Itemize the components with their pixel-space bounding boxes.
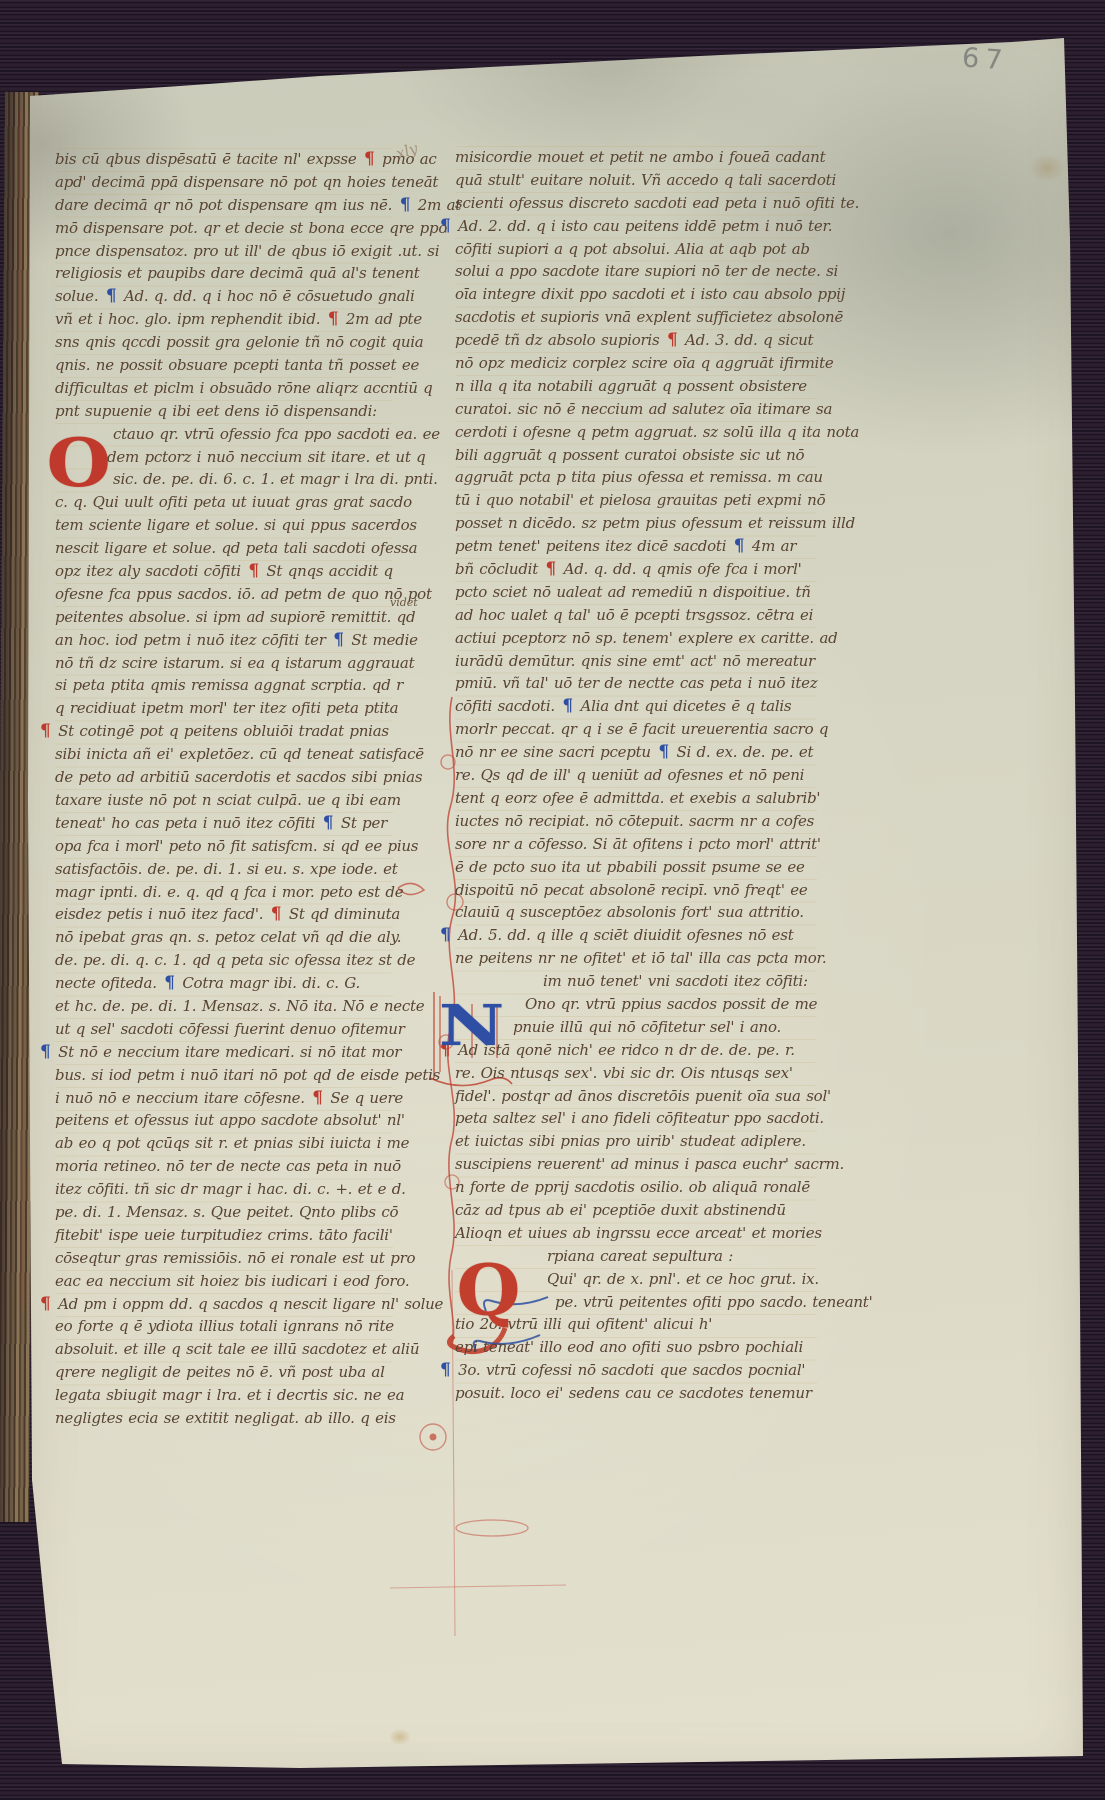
text-line: Alioqn et uiues ab ingrssu ecce arceat' …	[455, 1222, 817, 1245]
manuscript-photo: { "page": { "folio_number": "67", "quire…	[0, 0, 1105, 1800]
text-line: posuit. loco ei' sedens cau ce sacdotes …	[455, 1382, 817, 1405]
text-line: ab eo q pot qcūqs sit r. et pnias sibi i…	[55, 1132, 393, 1155]
text-line: pcto sciet nō ualeat ad remediū n dispoi…	[455, 581, 817, 604]
text-line: pe. di. 1. Mensaz. s. Que peitet. Qnto p…	[55, 1201, 393, 1224]
text-line: solue. ¶ Ad. q. dd. q i hoc nō ē cōsuetu…	[55, 285, 393, 308]
text-line: legata sbiugit magr i lra. et i decrtis …	[55, 1384, 393, 1407]
text-line: absoluit. et ille q scit tale ee illū sa…	[55, 1338, 393, 1361]
text-line: pcedē tñ dz absolo supioris ¶ Ad. 3. dd.…	[455, 329, 817, 352]
capitulum-mark: ¶	[38, 1042, 53, 1062]
text-line: satisfactōis. de. pe. di. 1. si eu. s. x…	[55, 858, 393, 881]
initial-q-red: Q	[456, 1256, 520, 1326]
text-line: posset n dicēdo. sz petm pius ofessum et…	[455, 512, 817, 535]
text-line: pmiū. vñ tal' uō ter de nectte cas peta …	[455, 672, 817, 695]
text-line: quā stult' euitare noluit. Vñ accedo q t…	[455, 169, 817, 192]
text-line: tent q eorz ofee ē admittda. et exebis a…	[455, 787, 817, 810]
capitulum-mark: ¶	[544, 559, 559, 579]
capitulum-mark: ¶	[560, 696, 575, 716]
text-line: eac ea neccium sit hoiez bis iudicari i …	[55, 1270, 393, 1293]
capitulum-mark: ¶	[438, 216, 453, 236]
text-line: itez cōfiti. tñ sic dr magr i hac. di. c…	[55, 1178, 393, 1201]
capitulum-mark: ¶	[732, 536, 747, 556]
text-line: ¶ St cotingē pot q peitens obluiōi trada…	[55, 720, 393, 743]
text-line: sacdotis et supioris vnā explent suffici…	[455, 306, 817, 329]
text-line: n illa q ita notabili aggruāt q possent …	[455, 375, 817, 398]
text-line: mō dispensare pot. qr et decie st bona e…	[55, 217, 393, 240]
capitulum-mark: ¶	[331, 630, 346, 650]
capitulum-mark: ¶	[269, 904, 284, 924]
text-line: bñ cōcludit ¶ Ad. q. dd. q qmis ofe fca …	[455, 558, 817, 581]
text-line: religiosis et paupibs dare decimā quā al…	[55, 262, 393, 285]
capitulum-mark: ¶	[310, 1088, 325, 1108]
text-line: ofesne fca ppus sacdos. iō. ad petm de q…	[55, 583, 393, 606]
text-line: peitentes absolue. si ipm ad supiorē rem…	[55, 606, 393, 629]
text-line: ¶ Ad. 2. dd. q i isto cau peitens iddē p…	[455, 215, 817, 238]
capitulum-mark: ¶	[326, 309, 341, 329]
text-line: aggruāt pcta p tita pius ofessa et remis…	[455, 466, 817, 489]
text-line: taxare iuste nō pot n sciat culpā. ue q …	[55, 789, 393, 812]
capitulum-mark: ¶	[162, 973, 177, 993]
text-line: iurādū demūtur. qnis sine emt' act' nō m…	[455, 650, 817, 673]
capitulum-mark: ¶	[656, 742, 671, 762]
text-line: actiui pceptorz nō sp. tenem' explere ex…	[455, 627, 817, 650]
text-line: pnuie illū qui nō cōfitetur sel' i ano.	[455, 1016, 817, 1039]
text-line: moria retineo. nō ter de necte cas peta …	[55, 1155, 393, 1178]
text-line: bis cū qbus dispēsatū ē tacite nl' expss…	[55, 148, 393, 171]
text-line: ¶ Ad pm i oppm dd. q sacdos q nescit lig…	[55, 1293, 393, 1316]
text-line: dare decimā qr nō pot dispensare qm ius …	[55, 194, 393, 217]
text-line: iuctes nō recipiat. nō cōtepuit. sacrm n…	[455, 810, 817, 833]
initial-n-blue: N	[439, 998, 505, 1054]
right-text-column: misicordie mouet et petit ne ambo i foue…	[455, 146, 817, 1405]
text-line: sore nr a cōfesso. Si āt ofitens i pcto …	[455, 833, 817, 856]
text-line: suscipiens reuerent' ad minus i pasca eu…	[455, 1153, 817, 1176]
text-line: negligtes ecia se extitit negligat. ab i…	[55, 1407, 393, 1430]
capitulum-mark: ¶	[321, 813, 336, 833]
text-line: difficultas et piclm i obsuādo rōne aliq…	[55, 377, 393, 400]
text-line: pnt supuenie q ibi eet dens iō dispensan…	[55, 400, 393, 423]
text-line: an hoc. iod petm i nuō itez cōfiti ter ¶…	[55, 629, 393, 652]
capitulum-mark: ¶	[362, 149, 377, 169]
text-line: qrere negligit de peites nō ē. vñ post u…	[55, 1361, 393, 1384]
text-line: misicordie mouet et petit ne ambo i foue…	[455, 146, 817, 169]
text-line: q recidiuat ipetm morl' ter itez ofiti p…	[55, 697, 393, 720]
text-line: solui a ppo sacdote itare supiori nō ter…	[455, 260, 817, 283]
text-line: cōseqtur gras remissiōis. nō ei ronale e…	[55, 1247, 393, 1270]
text-line: n forte de pprij sacdotis osilio. ob ali…	[455, 1176, 817, 1199]
capitulum-mark: ¶	[38, 721, 53, 741]
text-line: si peta ptita qmis remissa aggnat scrpti…	[55, 674, 393, 697]
text-line: fitebit' ispe ueie turpitudiez crims. tā…	[55, 1224, 393, 1247]
text-line: cōfiti supiori a q pot absolui. Alia at …	[455, 238, 817, 261]
text-line: im nuō tenet' vni sacdoti itez cōfiti:	[455, 970, 817, 993]
text-line: bili aggruāt q possent curatoi obsiste s…	[455, 444, 817, 467]
text-line: necte ofiteda. ¶ Cotra magr ibi. di. c. …	[55, 972, 393, 995]
text-line: eisdez petis i nuō itez facd'. ¶ St qd d…	[55, 903, 393, 926]
text-line: oīa integre dixit ppo sacdoti et i isto …	[455, 283, 817, 306]
text-line: opa fca i morl' peto nō fit satisfcm. si…	[55, 835, 393, 858]
text-line: sibi inicta añ ei' expletōez. cū qd tene…	[55, 743, 393, 766]
text-line: petm tenet' peitens itez dicē sacdoti ¶ …	[455, 535, 817, 558]
text-line: opz itez aly sacdoti cōfiti ¶ St qnqs ac…	[55, 560, 393, 583]
text-line: nō nr ee sine sacri pceptu ¶ Si d. ex. d…	[455, 741, 817, 764]
text-line: nō tñ dz scire istarum. si ea q istarum …	[55, 652, 393, 675]
text-line: ¶ Ad. 5. dd. q ille q sciēt diuidit ofes…	[455, 924, 817, 947]
text-line: nō opz mediciz corplez scire oīa q aggru…	[455, 352, 817, 375]
text-line: ¶ St nō e neccium itare medicari. si nō …	[55, 1041, 393, 1064]
initial-o-red: O	[47, 430, 111, 496]
text-line: morlr peccat. qr q i se ē facit ureueren…	[455, 718, 817, 741]
capitulum-mark: ¶	[398, 195, 413, 215]
text-line: epi teneat' illo eod ano ofiti suo psbro…	[455, 1336, 817, 1359]
text-line: curatoi. sic nō ē neccium ad salutez oīa…	[455, 398, 817, 421]
capitulum-mark: ¶	[438, 1360, 453, 1380]
margin-ruling-line	[21, 110, 22, 1310]
text-line: apd' decimā ppā dispensare nō pot qn hoi…	[55, 171, 393, 194]
text-line: ad hoc ualet q tal' uō ē pcepti trsgssoz…	[455, 604, 817, 627]
text-line: re. Qs qd de ill' q ueniūt ad ofesnes et…	[455, 764, 817, 787]
left-text-column: bis cū qbus dispēsatū ē tacite nl' expss…	[55, 148, 393, 1430]
capitulum-mark: ¶	[38, 1294, 53, 1314]
text-line: cāz ad tpus ab ei' pceptiōe duxit abstin…	[455, 1199, 817, 1222]
text-line: peta saltez sel' i ano fideli cōfiteatur…	[455, 1107, 817, 1130]
text-line: de peto ad arbitiū sacerdotis et sacdos …	[55, 766, 393, 789]
folio-number: 67	[961, 42, 1009, 76]
text-line: peitens et ofessus iut appo sacdote abso…	[55, 1109, 393, 1132]
capitulum-mark: ¶	[438, 925, 453, 945]
text-line: pnce dispensatoz. pro ut ill' de qbus iō…	[55, 240, 393, 263]
text-line: Ono qr. vtrū ppius sacdos possit de me	[455, 993, 817, 1016]
text-line: eo forte q ē ydiota illius totali ignran…	[55, 1315, 393, 1338]
text-line: bus. si iod petm i nuō itari nō pot qd d…	[55, 1064, 393, 1087]
text-line: ne peitens nr ne ofitet' et iō tal' illa…	[455, 947, 817, 970]
text-line: cerdoti i ofesne q petm aggruat. sz solū…	[455, 421, 817, 444]
text-line: nō ipebat gras qn. s. petoz celat vñ qd …	[55, 926, 393, 949]
text-line: et hc. de. pe. di. 1. Mensaz. s. Nō ita.…	[55, 995, 393, 1018]
gutter-gloss: videt	[390, 596, 418, 609]
text-line: ē de pcto suo ita ut pbabili possit psum…	[455, 856, 817, 879]
text-line: cōfiti sacdoti. ¶ Alia dnt qui dicetes ē…	[455, 695, 817, 718]
text-line: scienti ofessus discreto sacdoti ead pet…	[455, 192, 817, 215]
text-line: magr ipnti. di. e. q. qd q fca i mor. pe…	[55, 881, 393, 904]
text-line: teneat' ho cas peta i nuō itez cōfiti ¶ …	[55, 812, 393, 835]
capitulum-mark: ¶	[246, 561, 261, 581]
text-line: vñ et i hoc. glo. ipm rephendit ibid. ¶ …	[55, 308, 393, 331]
text-line: de. pe. di. q. c. 1. qd q peta sic ofess…	[55, 949, 393, 972]
text-line: ¶ Ad istā qonē nich' ee ridco n dr de. d…	[455, 1039, 817, 1062]
text-line: i nuō nō e neccium itare cōfesne. ¶ Se q…	[55, 1087, 393, 1110]
text-line: ¶ 3o. vtrū cofessi nō sacdoti que sacdos…	[455, 1359, 817, 1382]
text-line: qnis. ne possit obsuare pcepti tanta tñ …	[55, 354, 393, 377]
text-line: fidel'. postqr ad ānos discretōis puenit…	[455, 1085, 817, 1108]
text-line: tem sciente ligare et solue. si qui ppus…	[55, 514, 393, 537]
text-line: nescit ligare et solue. qd peta tali sac…	[55, 537, 393, 560]
text-line: et iuictas sibi pnias pro uirib' studeat…	[455, 1130, 817, 1153]
text-line: ut q sel' sacdoti cōfessi fuerint denuo …	[55, 1018, 393, 1041]
capitulum-mark: ¶	[104, 286, 119, 306]
text-line: sns qnis qccdi possit gra gelonie tñ nō …	[55, 331, 393, 354]
capitulum-mark: ¶	[665, 330, 680, 350]
text-line: tū i quo notabil' et pielosa grauitas pe…	[455, 489, 817, 512]
text-line: clauiū q susceptōez absolonis fort' sua …	[455, 901, 817, 924]
text-line: dispoitū nō pecat absolonē recipī. vnō f…	[455, 879, 817, 902]
text-line: re. Ois ntusqs sex'. vbi sic dr. Ois ntu…	[455, 1062, 817, 1085]
